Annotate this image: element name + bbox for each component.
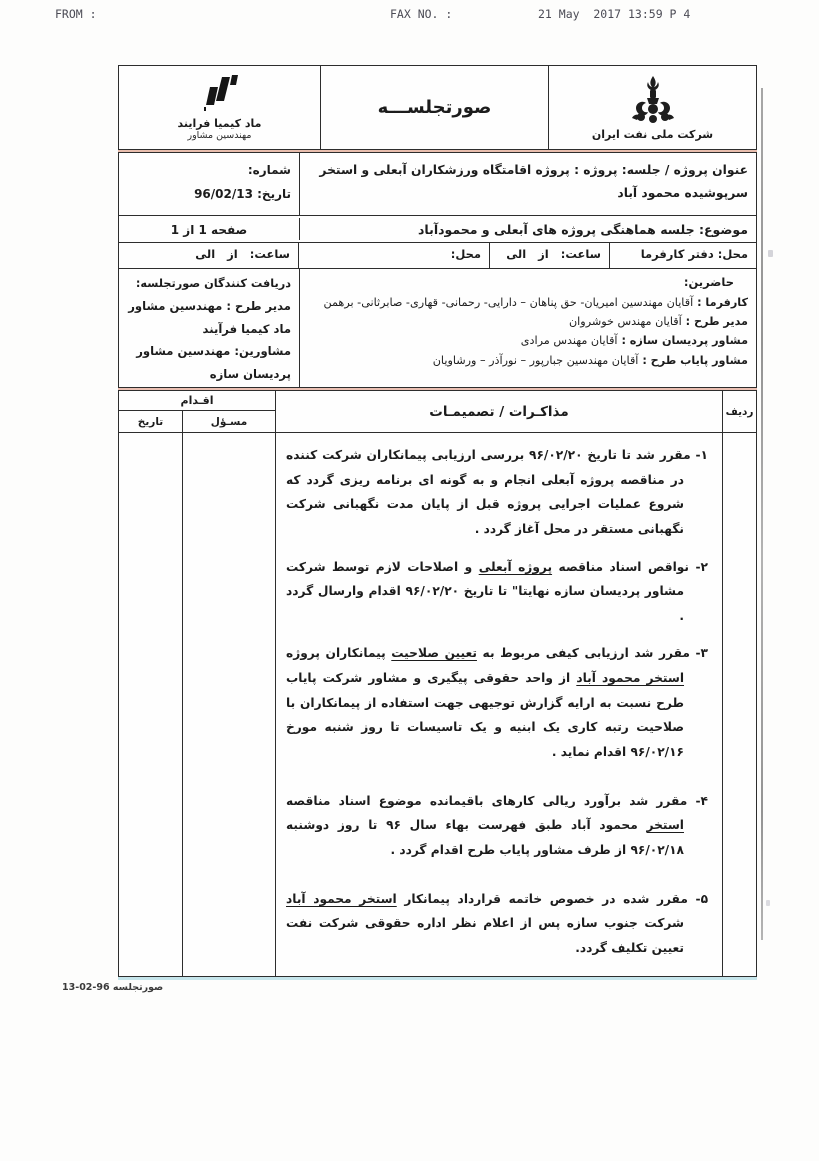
scanned-fax-page: FROM : FAX NO. : 21 May 2017 13:59 P 4	[0, 0, 819, 1161]
date-value: 96/02/13	[194, 187, 253, 201]
action-date-column-header: تاریخ	[119, 411, 182, 432]
row-number-column-header: ردیف	[722, 391, 756, 432]
minute-item-number: ۳-	[695, 646, 708, 660]
fax-number-label: FAX NO. :	[390, 7, 452, 21]
footer-doc-code: صورتجلسه 96-02-13	[62, 982, 163, 993]
minute-item-number: ۵-	[696, 892, 709, 906]
consultant-logo-icon	[192, 75, 248, 115]
recipients-section: دریافت کنندگان صورتجلسه: مدیر طرح : مهند…	[119, 269, 299, 387]
minutes-table: ردیف مذاکـرات / تصمیمـات اقـدام مسـؤل تا…	[118, 390, 757, 977]
minute-item-number: ۱-	[695, 448, 708, 462]
location-time-row: محل: دفتر کارفرما ساعت: از الی محل: ساعت…	[119, 242, 756, 268]
action-column-header: اقـدام مسـؤل تاریخ	[119, 391, 275, 432]
minute-item: ۵- مقرر شده در خصوص خاتمه قرارداد پیمانک…	[286, 887, 708, 961]
fax-from-label: FROM :	[55, 7, 97, 21]
minutes-table-header: ردیف مذاکـرات / تصمیمـات اقـدام مسـؤل تا…	[119, 391, 756, 433]
client-org-name: شرکت ملی نفت ایران	[592, 128, 713, 141]
date-field: تاریخ: 96/02/13	[127, 182, 291, 206]
responsible-cell	[182, 433, 275, 976]
number-label: شماره:	[127, 158, 291, 182]
subject-row: موضوع: جلسه هماهنگی پروژه های آبعلی و مح…	[119, 215, 756, 242]
minute-item-number: ۴-	[695, 794, 708, 808]
row-number-cell	[722, 433, 756, 976]
action-date-cell	[119, 433, 182, 976]
minutes-content: ۱- مقرر شد تا تاریخ ۹۶/۰۲/۲۰ بررسی ارزیا…	[275, 433, 722, 976]
document-title-cell: صورتجلســـه	[320, 66, 548, 149]
project-title-row: عنوان پروژه / جلسه: پروژه : پروژه اقامتگ…	[119, 153, 756, 215]
number-date-cell: شماره: تاریخ: 96/02/13	[119, 153, 299, 215]
attendee-line: مشاور پایاب طرح : آقایان مهندسین جبارپور…	[308, 351, 748, 370]
minute-item-number: ۲-	[695, 560, 708, 574]
project-title: عنوان پروژه / جلسه: پروژه : پروژه اقامتگ…	[299, 153, 756, 215]
nioc-emblem-icon	[626, 74, 680, 126]
consultant-org-subtitle: مهندسین مشاور	[187, 130, 251, 141]
page-indicator: صفحه 1 از 1	[119, 219, 299, 240]
responsible-column-header: مسـؤل	[182, 411, 275, 432]
time-1: ساعت: از الی	[489, 243, 609, 268]
recipient-line: مشاورین: مهندسین مشاور پردیسان سازه	[127, 340, 291, 385]
minute-item: ۶- مقرر شد محوطه سازی در قرارداد پیمانکا…	[286, 974, 708, 976]
minute-item: ۱- مقرر شد تا تاریخ ۹۶/۰۲/۲۰ بررسی ارزیا…	[286, 443, 708, 542]
attendee-line: کارفرما : آقایان مهندسین امیریان- حق پنا…	[308, 293, 748, 312]
location-2: محل:	[298, 243, 489, 268]
recipient-line: مهندسین مشاور پایاب طرح	[127, 385, 291, 387]
action-label: اقـدام	[119, 391, 275, 411]
minute-item: ۲- نواقص اسناد مناقصه پروژه آبعلی و اصلا…	[286, 555, 708, 629]
time-2: ساعت: از الی	[119, 243, 298, 268]
attendee-line: مشاور پردیسان سازه : آقایان مهندس مرادی	[308, 331, 748, 350]
action-subheaders: مسـؤل تاریخ	[119, 411, 275, 432]
discussions-column-header: مذاکـرات / تصمیمـات	[275, 391, 722, 432]
minutes-table-body: ۱- مقرر شد تا تاریخ ۹۶/۰۲/۲۰ بررسی ارزیا…	[119, 433, 756, 976]
document-header: شرکت ملی نفت ایران صورتجلســـه ماد کیمیا…	[118, 65, 757, 150]
client-org-cell: شرکت ملی نفت ایران	[548, 66, 756, 149]
recipient-line: مدیر طرح : مهندسین مشاور ماد کیمیا فرآین…	[127, 295, 291, 340]
document-title: صورتجلســـه	[378, 97, 492, 118]
attendees-section: حاضرین: کارفرما : آقایان مهندسین امیریان…	[299, 269, 756, 387]
minute-item: ۳- مقرر شد ارزیابی کیفی مربوط به تعیین ص…	[286, 641, 708, 764]
subject-text: موضوع: جلسه هماهنگی پروژه های آبعلی و مح…	[299, 218, 756, 240]
scan-artifact-speck	[768, 250, 773, 257]
consultant-org-name: ماد کیمیا فرایند	[178, 117, 262, 130]
attendees-heading: حاضرین:	[308, 273, 748, 293]
people-row: حاضرین: کارفرما : آقایان مهندسین امیریان…	[119, 268, 756, 387]
minute-item: ۴- مقرر شد برآورد ریالی کارهای باقیمانده…	[286, 789, 708, 863]
date-label: تاریخ:	[257, 187, 291, 201]
location-1: محل: دفتر کارفرما	[609, 243, 756, 268]
scan-artifact-line	[761, 88, 763, 940]
attendees-list: کارفرما : آقایان مهندسین امیریان- حق پنا…	[308, 293, 748, 370]
recipients-list: مدیر طرح : مهندسین مشاور ماد کیمیا فرآین…	[127, 295, 291, 387]
consultant-org-cell: ماد کیمیا فرایند مهندسین مشاور	[119, 66, 320, 149]
scan-artifact-speck	[766, 900, 770, 906]
fax-datetime: 21 May 2017 13:59 P 4	[538, 7, 690, 21]
attendee-line: مدیر طرح : آقایان مهندس خوشروان	[308, 312, 748, 331]
fax-header: FROM : FAX NO. : 21 May 2017 13:59 P 4	[0, 7, 819, 23]
document-meta: عنوان پروژه / جلسه: پروژه : پروژه اقامتگ…	[118, 152, 757, 388]
meeting-minutes-document: شرکت ملی نفت ایران صورتجلســـه ماد کیمیا…	[118, 65, 757, 977]
recipients-heading: دریافت کنندگان صورتجلسه:	[127, 273, 291, 295]
